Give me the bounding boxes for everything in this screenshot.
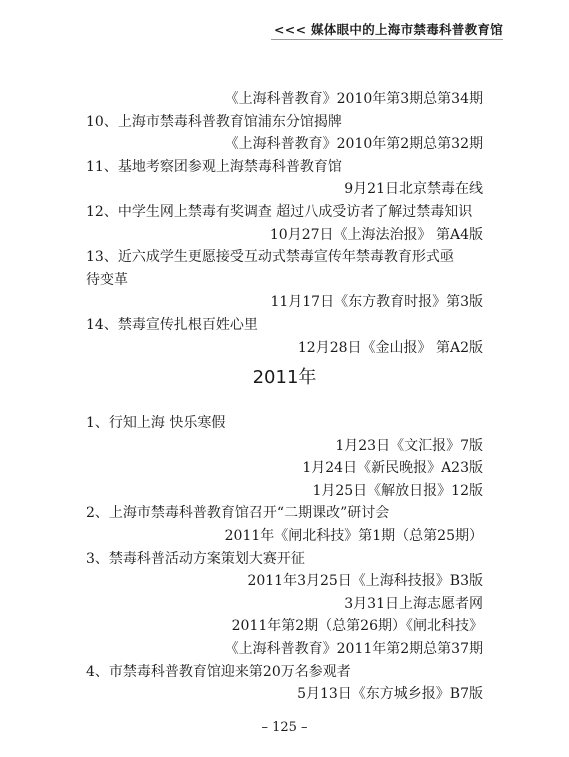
item-line: 12、中学生网上禁毒有奖调查 超过八成受访者了解过禁毒知识 — [86, 201, 483, 224]
source-line: 《上海科普教育》2010年第3期总第34期 — [86, 88, 483, 111]
source-line: 10月27日《上海法治报》 第A4版 — [86, 224, 483, 247]
item-line-continuation: 待变革 — [86, 269, 483, 292]
source-line: 2011年3月25日《上海科技报》B3版 — [86, 570, 483, 593]
source-line: 9月21日北京禁毒在线 — [86, 178, 483, 201]
source-line: 5月13日《东方城乡报》B7版 — [86, 683, 483, 706]
source-line: 《上海科普教育》2011年第2期总第37期 — [86, 638, 483, 661]
source-line: 2011年《闸北科技》第1期（总第25期） — [86, 525, 483, 548]
item-line: 10、上海市禁毒科普教育馆浦东分馆揭牌 — [86, 111, 483, 134]
item-line: 14、禁毒宣传扎根百姓心里 — [86, 314, 483, 337]
source-line: 2011年第2期（总第26期）《闸北科技》 — [86, 615, 483, 638]
source-line: 11月17日《东方教育时报》第3版 — [86, 291, 483, 314]
item-line: 2、上海市禁毒科普教育馆召开“二期课改”研讨会 — [86, 502, 483, 525]
item-line: 13、近六成学生更愿接受互动式禁毒宣传年禁毒教育形式亟 — [86, 246, 483, 269]
source-line: 《上海科普教育》2010年第2期总第32期 — [86, 133, 483, 156]
section-2011: 1、行知上海 快乐寒假 1月23日《文汇报》7版 1月24日《新民晚报》A23版… — [86, 412, 483, 706]
item-line: 1、行知上海 快乐寒假 — [86, 412, 483, 435]
running-header-title: <<< 媒体眼中的上海市禁毒科普教育馆 — [274, 20, 503, 38]
source-line: 12月28日《金山报》 第A2版 — [86, 337, 483, 360]
source-line: 1月24日《新民晚报》A23版 — [86, 457, 483, 480]
item-line: 4、市禁毒科普教育馆迎来第20万名参观者 — [86, 661, 483, 684]
page-number: – 125 – — [0, 720, 569, 736]
source-line: 3月31日上海志愿者网 — [86, 593, 483, 616]
running-header: <<< 媒体眼中的上海市禁毒科普教育馆 — [271, 14, 503, 40]
source-line: 1月25日《解放日报》12版 — [86, 480, 483, 503]
section-2010-continued: 《上海科普教育》2010年第3期总第34期 10、上海市禁毒科普教育馆浦东分馆揭… — [86, 88, 483, 359]
year-heading-2011: 2011年 — [0, 367, 569, 389]
source-line: 1月23日《文汇报》7版 — [86, 435, 483, 458]
item-line: 3、禁毒科普活动方案策划大赛开征 — [86, 548, 483, 571]
item-line: 11、基地考察团参观上海禁毒科普教育馆 — [86, 156, 483, 179]
